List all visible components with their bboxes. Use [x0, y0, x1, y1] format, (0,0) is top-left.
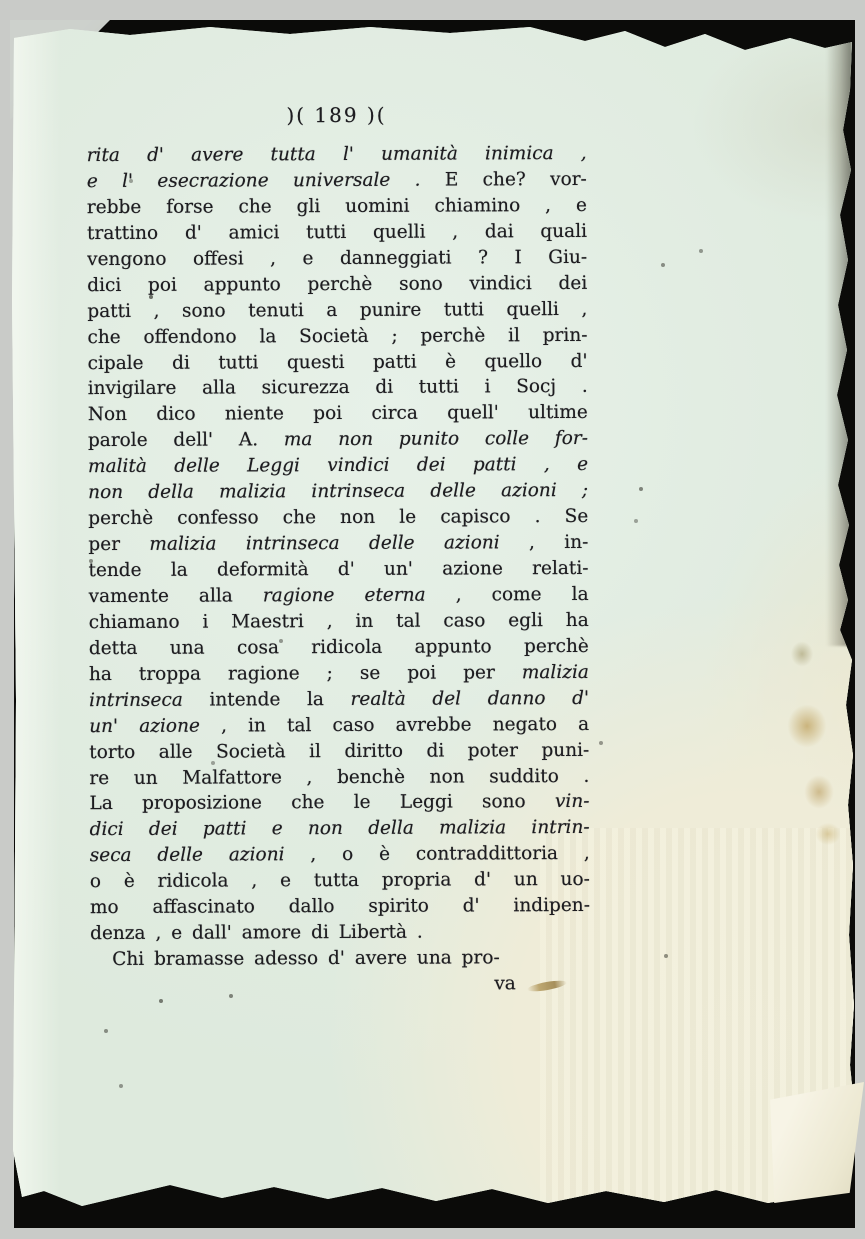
text-line: rebbe forse che gli uomini chiamino , e [87, 193, 587, 221]
text-line: parole dell' A. ma non punito colle for- [88, 426, 588, 454]
text-line: rita d' avere tutta l' umanità inimica , [87, 141, 587, 169]
text-line: tende la deformità d' un' azione relati- [88, 556, 588, 584]
text-line: ha troppa ragione ; se poi per malizia [89, 660, 589, 688]
text-line: re un Malfattore , benchè non suddito . [89, 763, 589, 791]
text-line: La proposizione che le Leggi sono vin- [89, 789, 589, 817]
text-line: Chi bramasse adesso d' avere una pro- [90, 945, 590, 973]
text-line: per malizia intrinseca delle azioni , in… [88, 530, 588, 558]
catchword: va [90, 971, 590, 999]
text-line: seca delle azioni , o è contraddittoria … [90, 841, 590, 869]
text-line: detta una cosa ridicola appunto perchè [89, 634, 589, 662]
text-lines: rita d' avere tutta l' umanità inimica ,… [87, 141, 591, 973]
text-line: un' azione , in tal caso avrebbe negato … [89, 712, 589, 740]
text-line: torto alle Società il diritto di poter p… [89, 737, 589, 765]
paper-stain [786, 636, 818, 672]
text-line: vamente alla ragione eterna , come la [89, 582, 589, 610]
scanned-book-page: )( 189 )( rita d' avere tutta l' umanità… [0, 0, 865, 1239]
text-line: denza , e dall' amore di Libertà . [90, 919, 590, 947]
text-line: chiamano i Maestri , in tal caso egli ha [89, 608, 589, 636]
paper-stain [780, 696, 834, 756]
folded-corner [764, 1082, 865, 1208]
text-line: dici poi appunto perchè sono vindici dei [87, 271, 587, 299]
book-page: )( 189 )( rita d' avere tutta l' umanità… [0, 0, 865, 1239]
text-line: perchè confesso che non le capisco . Se [88, 504, 588, 532]
text-line: intrinseca intende la realtà del danno d… [89, 686, 589, 714]
text-line: e l' esecrazione universale . E che? vor… [87, 167, 587, 195]
text-line: vengono offesi , e danneggiati ? I Giu- [87, 245, 587, 273]
page-header: )( 189 )( [86, 99, 586, 131]
text-line: mo affascinato dallo spirito d' indipen- [90, 893, 590, 921]
paper-stain [798, 768, 840, 816]
text-line: che offendono la Società ; perchè il pri… [87, 322, 587, 350]
text-column: )( 189 )( rita d' avere tutta l' umanità… [86, 0, 590, 999]
ink-specks [0, 0, 2, 2]
text-line: trattino d' amici tutti quelli , dai qua… [87, 219, 587, 247]
text-line: cipale di tutti questi patti è quello d' [88, 348, 588, 376]
text-line: dici dei patti e non della malizia intri… [90, 815, 590, 843]
text-line: patti , sono tenuti a punire tutti quell… [87, 297, 587, 325]
paper-stain [810, 818, 846, 850]
text-line: non della malizia intrinseca delle azion… [88, 478, 588, 506]
text-line: Non dico niente poi circa quell' ultime [88, 400, 588, 428]
text-line: invigilare alla sicurezza di tutti i Soc… [88, 374, 588, 402]
text-line: o è ridicola , e tutta propria d' un uo- [90, 867, 590, 895]
text-line: malità delle Leggi vindici dei patti , e [88, 452, 588, 480]
